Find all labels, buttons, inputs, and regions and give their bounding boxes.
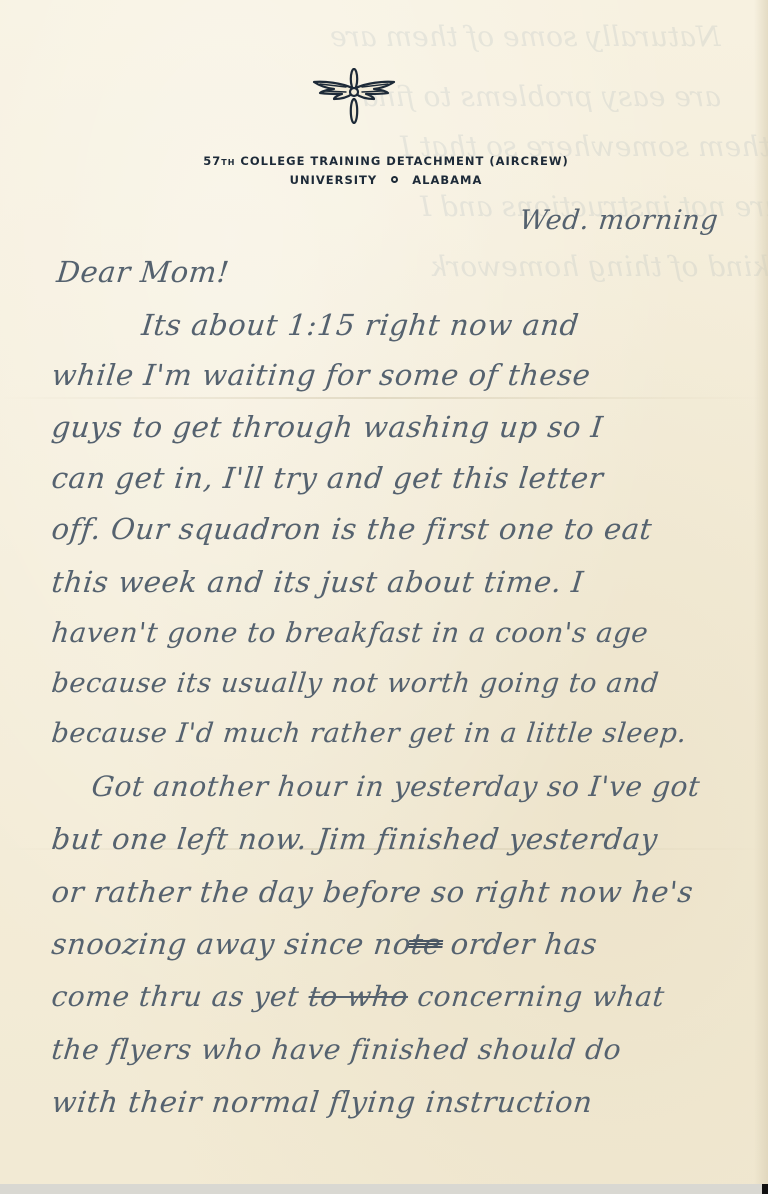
paper-fold [0,397,768,399]
winged-propeller-icon [312,68,396,124]
letter-line: because I'd much rather get in a little … [50,718,688,749]
letter-line: this week and its just about time. I [50,565,585,599]
letter-line: Its about 1:15 right now and [140,308,581,342]
bullet-icon [391,176,398,183]
letter-line: with their normal flying instruction [50,1085,594,1119]
letter-line: or rather the day before so right now he… [50,875,695,909]
letter-line: haven't gone to breakfast in a coon's ag… [50,617,650,649]
bleed-through-text: the kind of thing homework [430,250,768,283]
letter-date: Wed. morning [518,205,720,236]
letter-line: Got another hour in yesterday so I've go… [90,770,702,803]
struck-through-text: to who [307,980,410,1013]
letter-line: the flyers who have finished should do [50,1033,623,1066]
letterhead-location: UNIVERSITYALABAMA [0,173,768,187]
letter-line: snoozing away since note order has [50,927,599,961]
letter-line: come thru as yet to who concerning what [50,980,666,1013]
bleed-through-text: Naturally some of them are [330,20,721,53]
bleed-through-text: are easy problems to find [360,80,721,113]
letter-line: but one left now. Jim finished yesterday [50,822,660,856]
letter-line: because its usually not worth going to a… [50,668,661,699]
letter-page: Naturally some of them are are easy prob… [0,0,768,1194]
letter-salutation: Dear Mom! [55,255,231,289]
letter-line: off. Our squadron is the first one to ea… [50,512,654,546]
letter-line: can get in, I'll try and get this letter [50,461,605,495]
scribbled-out-text: te [409,927,443,961]
letter-line: while I'm waiting for some of these [50,358,592,392]
scan-edge [0,1184,768,1194]
letter-line: guys to get through washing up so I [50,410,605,444]
letterhead-unit-name: 57TH COLLEGE TRAINING DETACHMENT (AIRCRE… [0,154,768,168]
